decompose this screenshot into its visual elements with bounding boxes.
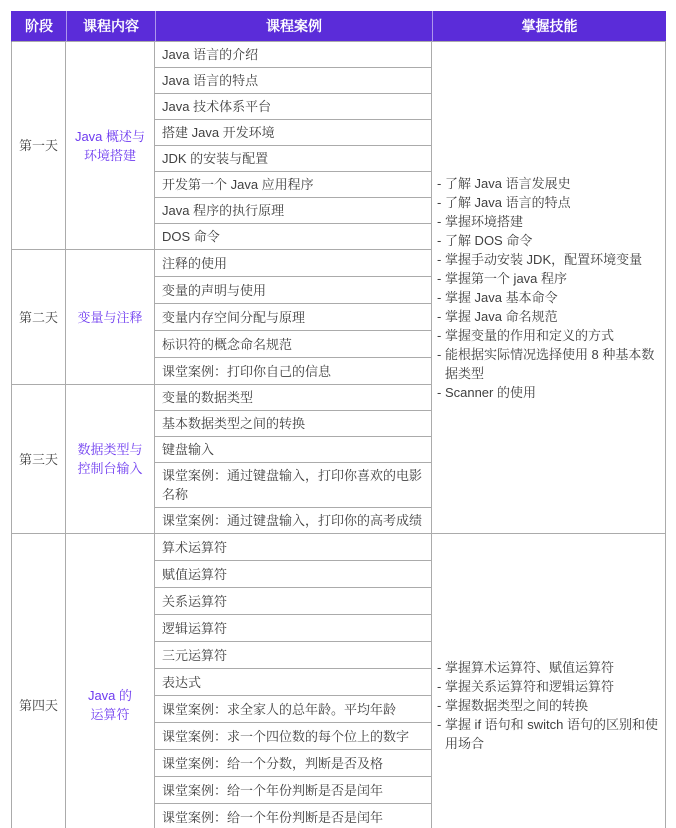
case-cell: 标识符的概念命名规范: [155, 331, 432, 358]
case-cell: 键盘输入: [155, 437, 432, 463]
table-body: 第一天Java 概述与环境搭建Java 语言的介绍- 了解 Java 语言发展史…: [11, 42, 666, 828]
case-cell: 课堂案例：求一个四位数的每个位上的数字: [155, 723, 432, 750]
content-line: 变量与注释: [66, 308, 154, 327]
stage-cell: 第一天: [11, 42, 66, 250]
case-cell: 课堂案例：给一个分数，判断是否及格: [155, 750, 432, 777]
case-cell: 课堂案例：给一个年份判断是否是闰年: [155, 777, 432, 804]
skill-item: - Scanner 的使用: [437, 383, 660, 402]
stage-cell: 第四天: [11, 534, 66, 828]
table-header: 阶段 课程内容 课程案例 掌握技能: [11, 11, 666, 42]
skill-item: - 了解 Java 语言发展史: [437, 174, 660, 193]
skill-item: - 掌握手动安装 JDK，配置环境变量: [437, 250, 660, 269]
skill-item: - 能根据实际情况选择使用 8 种基本数据类型: [437, 345, 660, 383]
case-row: 第一天Java 概述与环境搭建Java 语言的介绍- 了解 Java 语言发展史…: [11, 42, 666, 68]
content-cell: 数据类型与控制台输入: [66, 385, 155, 534]
skill-item: - 掌握 Java 命名规范: [437, 307, 660, 326]
content-line: Java 概述与: [66, 127, 154, 146]
column-header-skills: 掌握技能: [432, 11, 666, 42]
case-cell: JDK 的安装与配置: [155, 146, 432, 172]
skill-item: - 了解 DOS 命令: [437, 231, 660, 250]
skills-cell: - 了解 Java 语言发展史- 了解 Java 语言的特点- 掌握环境搭建- …: [432, 42, 666, 534]
column-header-content: 课程内容: [66, 11, 155, 42]
case-row: 第四天Java 的运算符算术运算符- 掌握算术运算符、赋值运算符- 掌握关系运算…: [11, 534, 666, 561]
stage-label: 第一天: [12, 136, 65, 155]
content-cell: 变量与注释: [66, 250, 155, 385]
case-cell: 逻辑运算符: [155, 615, 432, 642]
content-line: 运算符: [66, 705, 154, 724]
course-schedule-wrapper: 阶段 课程内容 课程案例 掌握技能 第一天Java 概述与环境搭建Java 语言…: [11, 11, 666, 828]
course-table: 阶段 课程内容 课程案例 掌握技能 第一天Java 概述与环境搭建Java 语言…: [11, 11, 666, 828]
case-cell: 课堂案例：通过键盘输入，打印你的高考成绩: [155, 508, 432, 534]
stage-label: 第四天: [12, 696, 65, 715]
case-cell: 三元运算符: [155, 642, 432, 669]
case-cell: Java 程序的执行原理: [155, 198, 432, 224]
case-cell: 变量的声明与使用: [155, 277, 432, 304]
header-row: 阶段 课程内容 课程案例 掌握技能: [11, 11, 666, 42]
case-cell: 课堂案例：打印你自己的信息: [155, 358, 432, 385]
column-header-stage: 阶段: [11, 11, 66, 42]
case-cell: DOS 命令: [155, 224, 432, 250]
skill-item: - 掌握 if 语句和 switch 语句的区别和使用场合: [437, 715, 660, 753]
skill-item: - 掌握第一个 java 程序: [437, 269, 660, 288]
stage-label: 第二天: [12, 308, 65, 327]
case-cell: 表达式: [155, 669, 432, 696]
page: { "colors": { "header_bg": "#5B2CD9", "h…: [0, 0, 676, 828]
case-cell: 变量内存空间分配与原理: [155, 304, 432, 331]
skills-cell: - 掌握算术运算符、赋值运算符- 掌握关系运算符和逻辑运算符- 掌握数据类型之间…: [432, 534, 666, 828]
case-cell: 课堂案例：给一个年份判断是否是闰年: [155, 804, 432, 828]
content-line: 数据类型与: [66, 440, 154, 459]
stage-label: 第三天: [12, 450, 65, 469]
skill-item: - 掌握关系运算符和逻辑运算符: [437, 677, 660, 696]
case-cell: 搭建 Java 开发环境: [155, 120, 432, 146]
skill-item: - 掌握环境搭建: [437, 212, 660, 231]
content-line: 控制台输入: [66, 459, 154, 478]
case-cell: 算术运算符: [155, 534, 432, 561]
skill-item: - 了解 Java 语言的特点: [437, 193, 660, 212]
column-header-cases: 课程案例: [155, 11, 432, 42]
skill-item: - 掌握数据类型之间的转换: [437, 696, 660, 715]
content-line: 环境搭建: [66, 146, 154, 165]
skill-item: - 掌握 Java 基本命令: [437, 288, 660, 307]
case-cell: 变量的数据类型: [155, 385, 432, 411]
case-cell: 注释的使用: [155, 250, 432, 277]
skill-item: - 掌握变量的作用和定义的方式: [437, 326, 660, 345]
stage-cell: 第二天: [11, 250, 66, 385]
case-cell: 基本数据类型之间的转换: [155, 411, 432, 437]
case-cell: 开发第一个 Java 应用程序: [155, 172, 432, 198]
case-cell: 课堂案例：求全家人的总年龄。平均年龄: [155, 696, 432, 723]
content-cell: Java 的运算符: [66, 534, 155, 828]
stage-cell: 第三天: [11, 385, 66, 534]
case-cell: Java 语言的介绍: [155, 42, 432, 68]
case-cell: Java 语言的特点: [155, 68, 432, 94]
content-cell: Java 概述与环境搭建: [66, 42, 155, 250]
case-cell: Java 技术体系平台: [155, 94, 432, 120]
case-cell: 课堂案例：通过键盘输入，打印你喜欢的电影名称: [155, 463, 432, 508]
case-cell: 关系运算符: [155, 588, 432, 615]
content-line: Java 的: [66, 686, 154, 705]
case-cell: 赋值运算符: [155, 561, 432, 588]
skill-item: - 掌握算术运算符、赋值运算符: [437, 658, 660, 677]
